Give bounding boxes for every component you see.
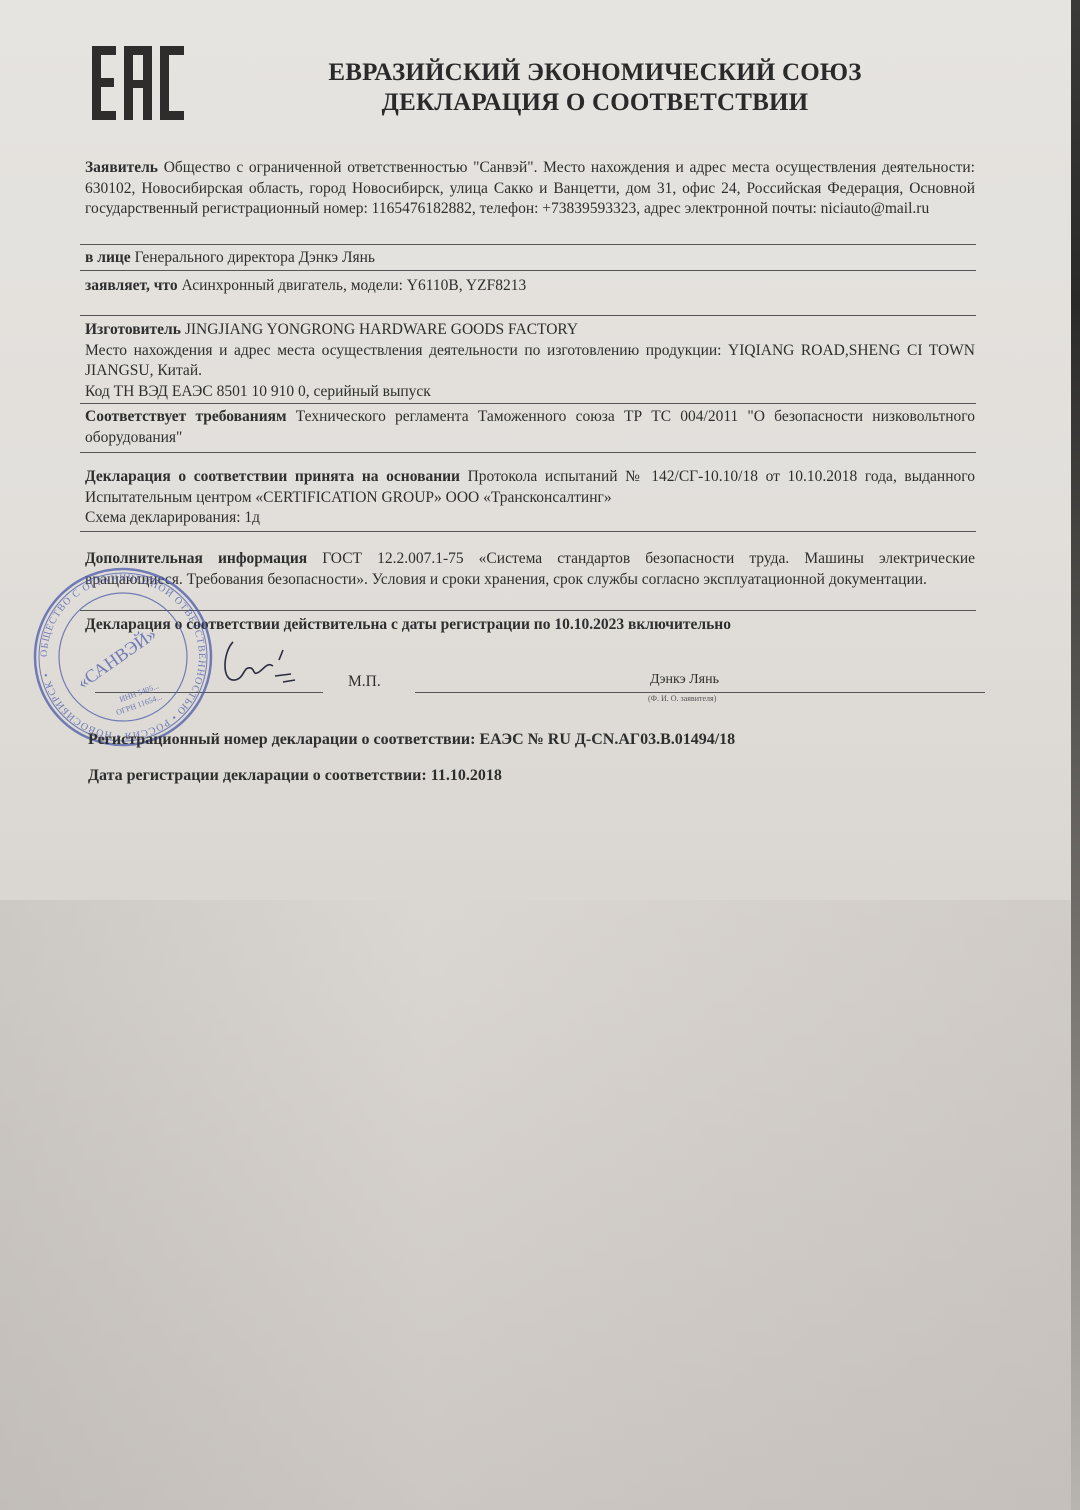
company-stamp-icon: ОБЩЕСТВО С ОГРАНИЧЕННОЙ ОТВЕТСТВЕННОСТЬЮ…	[28, 565, 218, 750]
divider	[80, 452, 976, 453]
signatory-caption: (Ф. И. О. заявителя)	[648, 694, 716, 703]
title-declaration: ДЕКЛАРАЦИЯ О СООТВЕТСТВИИ	[290, 88, 900, 118]
declares-section: заявляет, что Асинхронный двигатель, мод…	[85, 276, 975, 297]
declaration-page: ЕВРАЗИЙСКИЙ ЭКОНОМИЧЕСКИЙ СОЮЗ ДЕКЛАРАЦИ…	[0, 0, 1071, 1510]
manufacturer-section: Изготовитель JINGJIANG YONGRONG HARDWARE…	[85, 320, 975, 402]
page-edge	[1071, 0, 1080, 1510]
hs-code: Код ТН ВЭД ЕАЭС 8501 10 910 0, серийный …	[85, 382, 975, 403]
title-union: ЕВРАЗИЙСКИЙ ЭКОНОМИЧЕСКИЙ СОЮЗ	[290, 58, 900, 88]
declares-label: заявляет, что	[85, 277, 178, 294]
basis-section: Декларация о соответствии принята на осн…	[85, 467, 975, 529]
manufacturer-label: Изготовитель	[85, 321, 181, 338]
declares-text: Асинхронный двигатель, модели: Y6110B, Y…	[178, 277, 527, 294]
divider	[80, 315, 976, 316]
basis-label: Декларация о соответствии принята на осн…	[85, 468, 460, 485]
applicant-section: Заявитель Общество с ограниченной ответс…	[85, 158, 975, 220]
registration-number: Регистрационный номер декларации о соотв…	[88, 731, 735, 749]
conforms-section: Соответствует требованиям Технического р…	[85, 407, 975, 448]
signatory-name: Дэнкэ Лянь	[650, 672, 719, 688]
represented-label: в лице	[85, 249, 131, 266]
divider	[80, 244, 976, 245]
manufacturer-name: JINGJIANG YONGRONG HARDWARE GOODS FACTOR…	[181, 321, 578, 338]
seal-placeholder-label: М.П.	[348, 673, 381, 691]
additional-section: Дополнительная информация ГОСТ 12.2.007.…	[85, 549, 975, 590]
applicant-label: Заявитель	[85, 159, 158, 176]
applicant-text: Общество с ограниченной ответственностью…	[85, 159, 975, 217]
manufacturer-address: Место нахождения и адрес места осуществл…	[85, 341, 975, 382]
represented-text: Генерального директора Дэнкэ Лянь	[131, 249, 375, 266]
divider	[80, 531, 976, 532]
name-line	[415, 692, 985, 693]
represented-section: в лице Генерального директора Дэнкэ Лянь	[85, 248, 975, 269]
divider	[80, 403, 976, 404]
svg-text:«САНВЭЙ»: «САНВЭЙ»	[73, 624, 160, 693]
divider	[80, 270, 976, 271]
conforms-label: Соответствует требованиям	[85, 408, 287, 425]
eac-logo-icon	[90, 44, 186, 122]
declaration-scheme: Схема декларирования: 1д	[85, 508, 975, 529]
document-title: ЕВРАЗИЙСКИЙ ЭКОНОМИЧЕСКИЙ СОЮЗ ДЕКЛАРАЦИ…	[290, 58, 900, 118]
registration-date: Дата регистрации декларации о соответств…	[88, 767, 502, 785]
